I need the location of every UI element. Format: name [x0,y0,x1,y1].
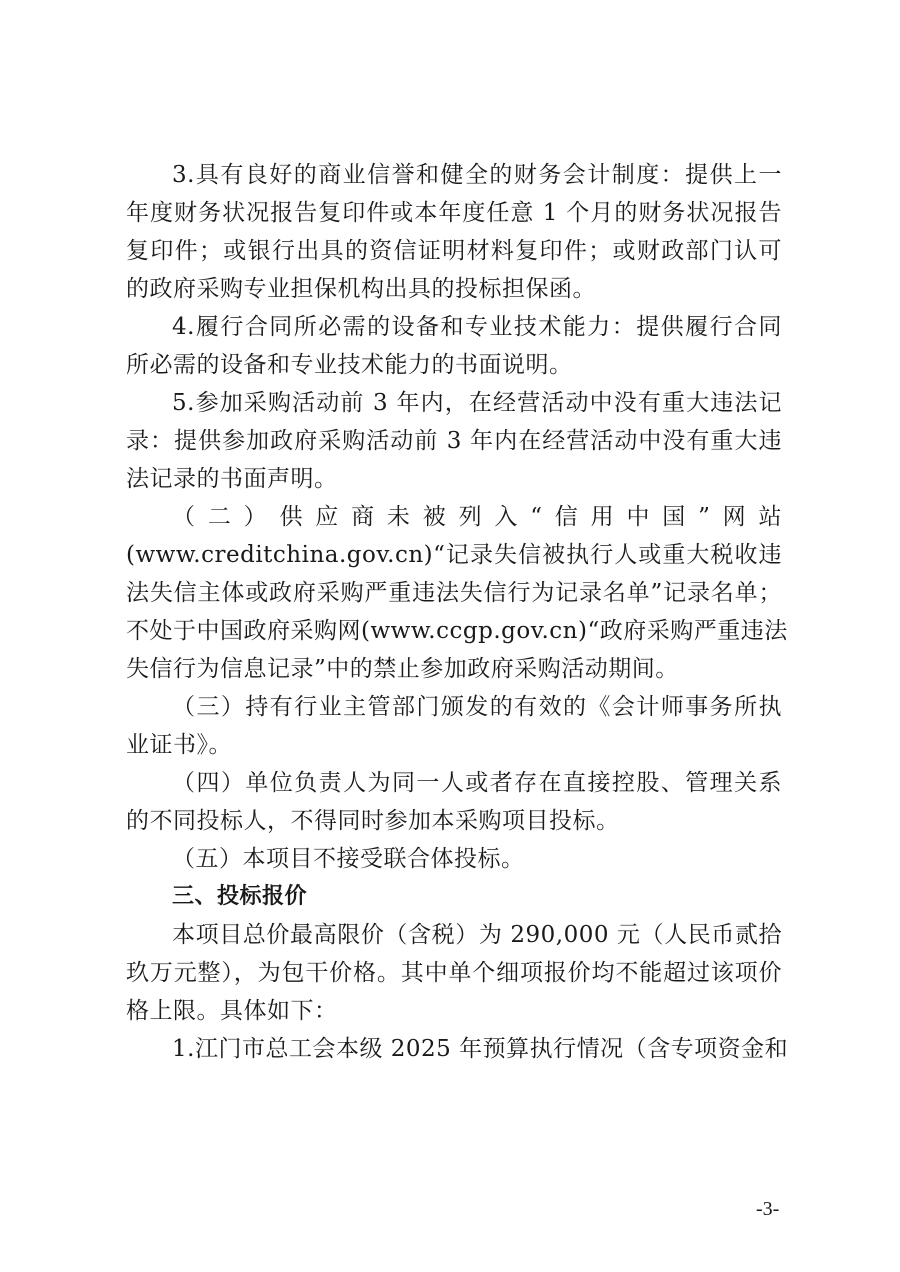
paragraph-line: 法记录的书面声明。 [126,460,782,498]
paragraph-line: （四）单位负责人为同一人或者存在直接控股、管理关系 [126,764,782,802]
paragraph-line: 业证书》。 [126,726,782,764]
paragraph-line: 年度财务状况报告复印件或本年度任意 1 个月的财务状况报告 [126,194,782,232]
paragraph-line: 不处于中国政府采购网(www.ccgp.gov.cn)“政府采购严重违法 [126,612,782,650]
section-heading: 三、投标报价 [126,878,782,916]
document-page: 3.具有良好的商业信誉和健全的财务会计制度：提供上一 年度财务状况报告复印件或本… [126,156,782,1068]
paragraph-line: 5.参加采购活动前 3 年内，在经营活动中没有重大违法记 [126,384,782,422]
paragraph-line: 1.江门市总工会本级 2025 年预算执行情况（含专项资金和 [126,1030,782,1068]
paragraph-line: 本项目总价最高限价（含税）为 290,000 元（人民币贰拾 [126,916,782,954]
paragraph-line: 复印件；或银行出具的资信证明材料复印件；或财政部门认可 [126,232,782,270]
page-number: -3- [756,1198,779,1221]
paragraph-line: 玖万元整），为包干价格。其中单个细项报价均不能超过该项价 [126,954,782,992]
paragraph-line: （五）本项目不接受联合体投标。 [126,840,782,878]
paragraph-line: (www.creditchina.gov.cn)“记录失信被执行人或重大税收违 [126,536,782,574]
paragraph-line: 所必需的设备和专业技术能力的书面说明。 [126,346,782,384]
paragraph-line: 3.具有良好的商业信誉和健全的财务会计制度：提供上一 [126,156,782,194]
paragraph-line: 的政府采购专业担保机构出具的投标担保函。 [126,270,782,308]
paragraph-line: 的不同投标人，不得同时参加本采购项目投标。 [126,802,782,840]
paragraph-line: 格上限。具体如下： [126,992,782,1030]
paragraph-line: （二）供应商未被列入“信用中国”网站 [126,498,782,536]
paragraph-line: 4.履行合同所必需的设备和专业技术能力：提供履行合同 [126,308,782,346]
paragraph-line: （三）持有行业主管部门颁发的有效的《会计师事务所执 [126,688,782,726]
paragraph-line: 录：提供参加政府采购活动前 3 年内在经营活动中没有重大违 [126,422,782,460]
paragraph-line: 法失信主体或政府采购严重违法失信行为记录名单”记录名单； [126,574,782,612]
paragraph-line: 失信行为信息记录”中的禁止参加政府采购活动期间。 [126,650,782,688]
